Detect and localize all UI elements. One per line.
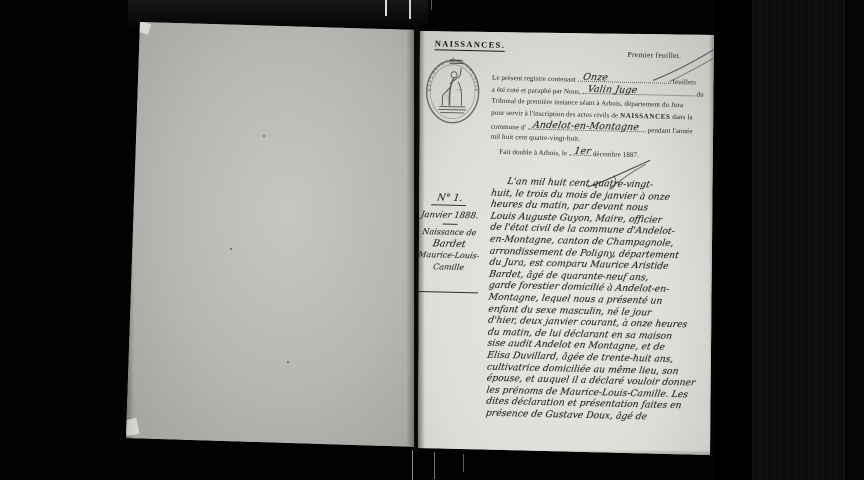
preamble-naissances-bold: NAISSANCES: [620, 112, 671, 121]
preamble-text: pendant l'année: [648, 127, 693, 136]
film-haze: [128, 0, 428, 26]
handwritten-commune-name: Andelot-en-Montagne: [532, 120, 640, 133]
register-recto-page: NAISSANCES. Premier feuillet.: [417, 25, 717, 457]
margin-annotation: N° 1. Janvier 1888. Naissance de Bardet …: [414, 187, 484, 274]
handwritten-folio-count: Onze: [582, 72, 609, 84]
fill-in-rule: Andelot-en-Montagne: [528, 122, 646, 133]
preamble-text: dans la: [672, 113, 693, 121]
act-month: Janvier 1888.: [415, 210, 485, 222]
page-content: NAISSANCES. Premier feuillet.: [407, 25, 717, 464]
svg-text:RÉPUBLIQUE FRANÇAISE: RÉPUBLIQUE FRANÇAISE: [427, 57, 480, 93]
handwritten-judge-name: Valin Juge: [587, 84, 638, 96]
preamble-text: Le présent registre contenant: [492, 74, 576, 84]
film-band: [845, 0, 864, 480]
book-gutter: [414, 24, 419, 452]
printed-preamble: Le présent registre contenant Onze feuil…: [490, 72, 716, 163]
paper-speck: [263, 135, 265, 137]
preamble-text: mil huit cent quatre-vingt-huit.: [491, 133, 581, 143]
margin-rule: [412, 291, 478, 294]
preamble-text: a été coté et paraphé par Nous,: [492, 86, 581, 96]
fill-in-rule: Valin Juge: [583, 86, 695, 97]
film-scratch: [409, 0, 411, 19]
film-scratch: [431, 0, 432, 10]
paper-speck: [287, 361, 289, 363]
section-title: NAISSANCES.: [435, 38, 506, 52]
preamble-text: Fait double à Arbois, le: [499, 148, 567, 158]
seal-arc-text: RÉPUBLIQUE FRANÇAISE: [427, 57, 480, 93]
birth-act-text: L'an mil huit cent quatre-vingt- huit, l…: [485, 176, 715, 425]
republique-francaise-seal-icon: RÉPUBLIQUE FRANÇAISE: [423, 55, 483, 128]
film-scratch: [463, 454, 464, 472]
preamble-text: du: [696, 91, 703, 99]
film-scratch: [434, 452, 435, 479]
microfilm-frame: NAISSANCES. Premier feuillet.: [0, 0, 864, 480]
act-firstnames: Maurice-Louis-: [414, 249, 484, 262]
preamble-text: pour servir à l'inscription des actes ci…: [491, 109, 618, 120]
act-firstnames: Camille: [414, 260, 484, 273]
film-scratch: [385, 0, 387, 16]
act-title-line: Naissance de: [414, 226, 484, 239]
film-band: [752, 0, 845, 480]
film-scratch: [412, 450, 413, 480]
film-band: [716, 0, 752, 480]
paper-speck: [230, 248, 232, 250]
margin-dash: [442, 224, 457, 225]
act-number: N° 1.: [431, 192, 468, 206]
blank-verso-page: [124, 21, 420, 449]
page-edge-shadow: [124, 21, 134, 449]
preamble-text: commune d': [491, 123, 526, 132]
page-corner-fold: [123, 418, 139, 436]
